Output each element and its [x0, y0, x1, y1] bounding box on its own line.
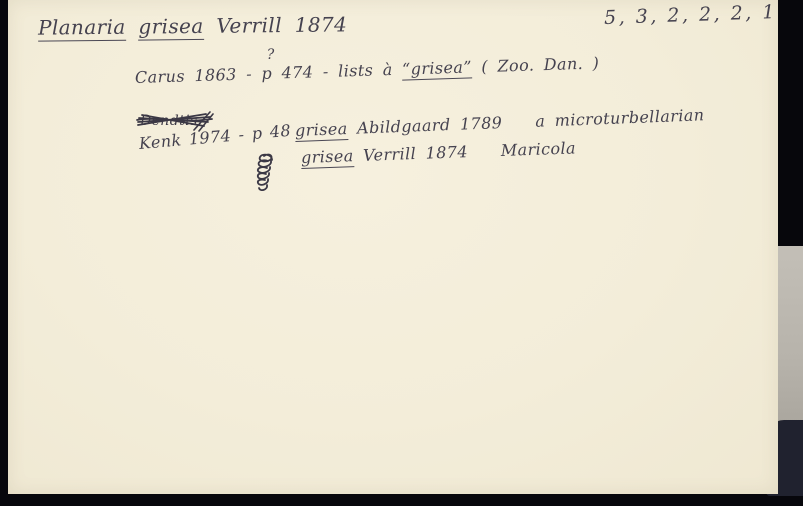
carus-source: ( Zoo. Dan. ): [481, 53, 599, 76]
synonymy-2-species: grisea: [301, 146, 354, 169]
carus-page: p 474: [261, 62, 313, 83]
title-line: Planaria grisea Verrill 1874: [38, 12, 347, 39]
struck-out-word: Dendtis: [140, 113, 198, 129]
synonymy-2-author-year: Verrill 1874: [363, 142, 468, 165]
struck-out-word-text: Dendtis: [140, 113, 198, 129]
synonymy-1-note: a microturbellarian: [535, 105, 705, 130]
carus-citation: Carus 1863 -: [135, 64, 253, 87]
carus-page-ref: ? p 474: [261, 62, 313, 83]
title-species: grisea: [138, 14, 203, 41]
uncertainty-question-mark: ?: [267, 47, 275, 63]
synonymy-entry-1: grisea Abildgaard 1789 a microturbellari…: [295, 105, 705, 140]
struck-out-line: Dendtis: [140, 113, 198, 129]
catalog-number: 5, 3, 2, 2, 2, 1: [604, 1, 778, 29]
carus-separator: -: [323, 62, 329, 81]
carus-citation-line: Carus 1863 - ? p 474 - lists à “grisea” …: [135, 53, 600, 87]
back-card-edge: [778, 246, 803, 432]
synonymy-1-author-year: Abildgaard 1789: [357, 113, 503, 138]
synonymy-2-note: Maricola: [500, 138, 576, 160]
spiral-doodle-icon: [250, 150, 278, 196]
carus-lists-text: lists à: [338, 60, 393, 81]
carus-quoted-species: “grisea”: [402, 57, 472, 80]
title-author-year: Verrill 1874: [216, 12, 347, 37]
synonymy-entry-2: grisea Verrill 1874 Maricola: [301, 138, 577, 167]
title-genus: Planaria: [38, 15, 126, 42]
synonymy-1-species: grisea: [295, 119, 348, 142]
index-card: 5, 3, 2, 2, 2, 1 Planaria grisea Verrill…: [8, 0, 778, 494]
scanner-backdrop: 5, 3, 2, 2, 2, 1 Planaria grisea Verrill…: [0, 0, 803, 506]
